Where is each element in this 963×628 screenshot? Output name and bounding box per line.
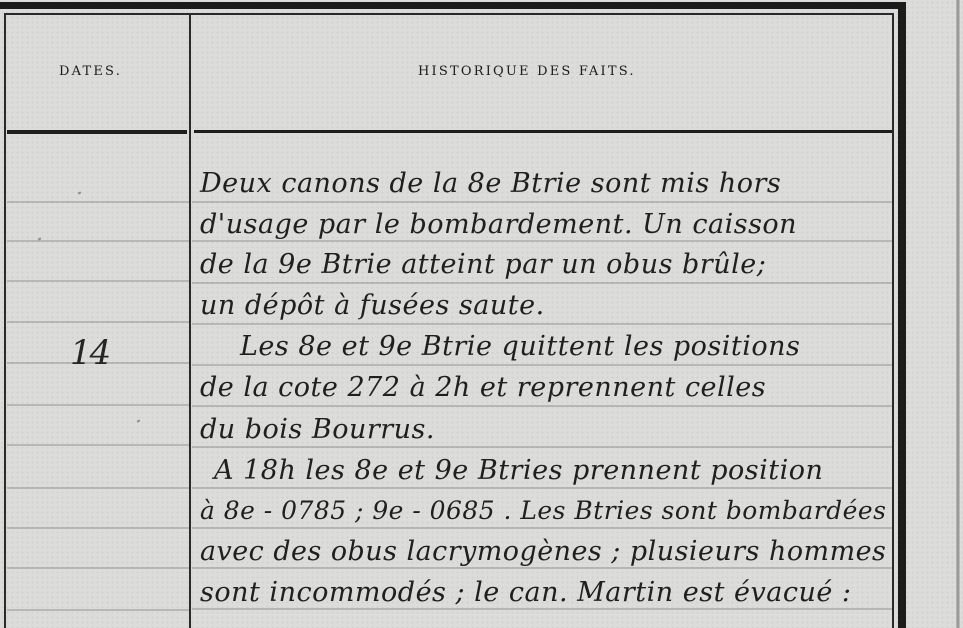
frame-right-line xyxy=(892,13,894,628)
ruled-line xyxy=(7,527,189,529)
entry-text-line: A 18h les 8e et 9e Btries prennent posit… xyxy=(214,455,823,486)
frame-top-line xyxy=(5,13,893,15)
paper-speck xyxy=(137,419,141,422)
ruled-line xyxy=(7,201,189,203)
ruled-line xyxy=(192,240,892,242)
ruled-line xyxy=(192,364,892,366)
ruled-line xyxy=(7,321,189,323)
entry-date: 14 xyxy=(70,333,109,373)
header-rule-history xyxy=(194,130,892,133)
ruled-line xyxy=(7,567,189,569)
entry-text-line: à 8e - 0785 ; 9e - 0685 . Les Btries son… xyxy=(200,496,886,525)
ruled-line xyxy=(192,608,892,610)
top-border-rule xyxy=(0,2,906,9)
entry-text-line: du bois Bourrus. xyxy=(200,414,435,445)
ruled-line xyxy=(192,527,892,529)
page-edge-shadow xyxy=(956,0,960,628)
ruled-line xyxy=(192,446,892,448)
entry-text-line: Les 8e et 9e Btrie quittent les position… xyxy=(240,331,800,362)
paper-speck xyxy=(78,191,82,194)
ruled-line xyxy=(192,201,892,203)
ruled-line xyxy=(192,323,892,325)
dates-column-header: DATES. xyxy=(59,64,122,79)
column-divider xyxy=(189,13,191,628)
ruled-line xyxy=(192,487,892,489)
entry-text-line: de la 9e Btrie atteint par un obus brûle… xyxy=(200,249,766,280)
ruled-line xyxy=(192,405,892,407)
header-rule-dates xyxy=(7,130,187,134)
entry-text-line: avec des obus lacrymogènes ; plusieurs h… xyxy=(200,536,886,567)
ruled-line xyxy=(7,240,189,242)
entry-text-line: Deux canons de la 8e Btrie sont mis hors xyxy=(200,168,781,199)
entry-text-line: de la cote 272 à 2h et reprennent celles xyxy=(200,372,766,403)
entry-text-line: un dépôt à fusées saute. xyxy=(200,290,545,321)
ruled-line xyxy=(7,609,189,611)
frame-left-line xyxy=(4,13,6,628)
ruled-line xyxy=(7,487,189,489)
ruled-line xyxy=(7,280,189,282)
diary-page: DATES. HISTORIQUE DES FAITS. 14 Deux can… xyxy=(0,0,963,628)
ruled-line xyxy=(7,444,189,446)
ruled-line xyxy=(7,404,189,406)
frame-right-border xyxy=(898,2,906,628)
entry-text-line: sont incommodés ; le can. Martin est éva… xyxy=(200,577,852,608)
ruled-line xyxy=(192,567,892,569)
history-column-header: HISTORIQUE DES FAITS. xyxy=(418,64,636,79)
ruled-line xyxy=(192,282,892,284)
entry-text-line: d'usage par le bombardement. Un caisson xyxy=(200,209,797,240)
